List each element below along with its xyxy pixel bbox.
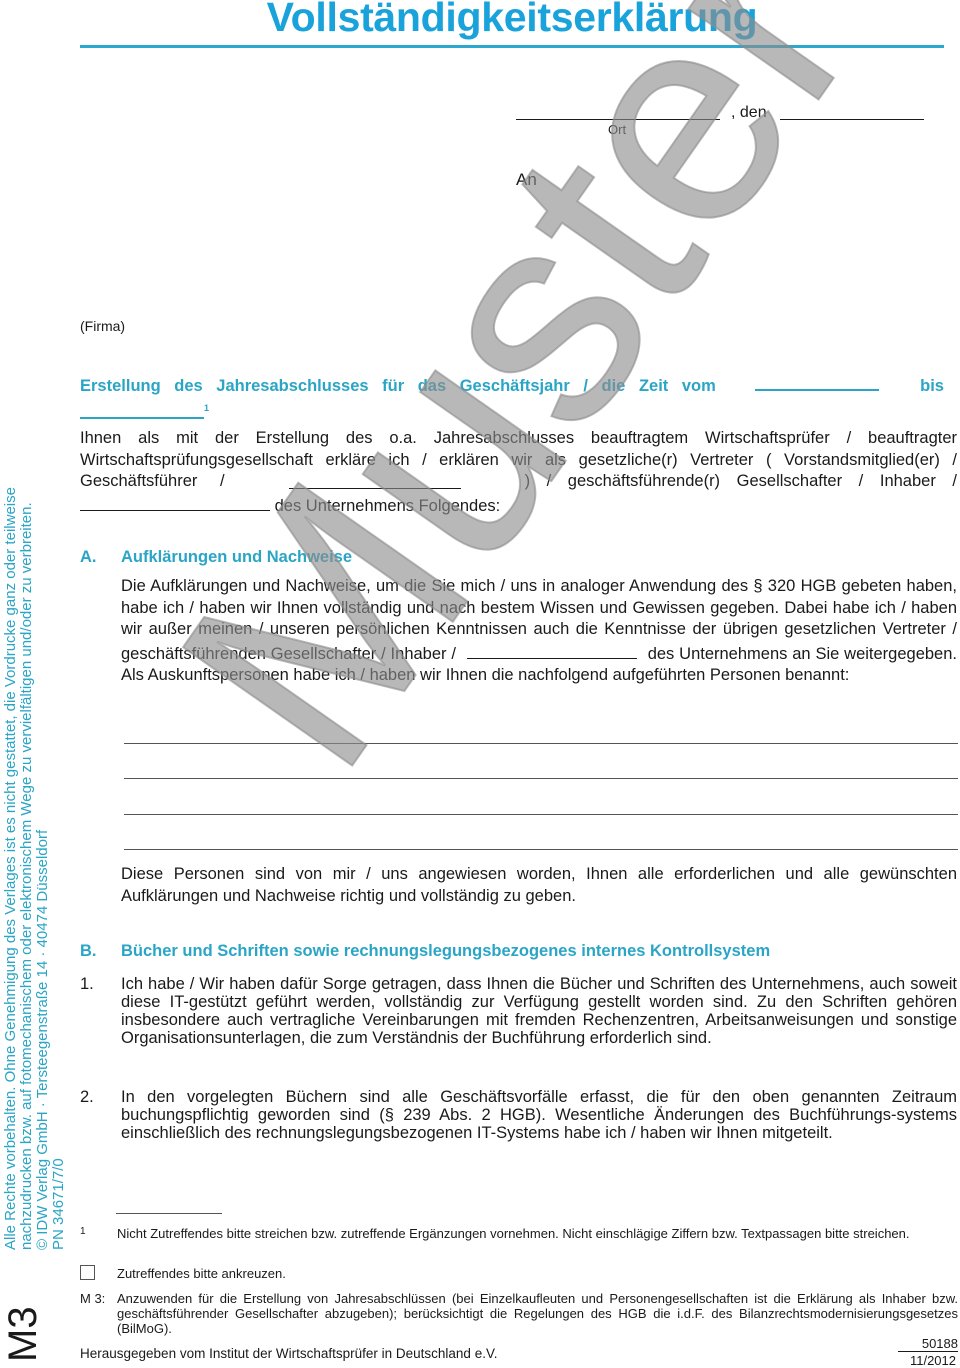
intro-line-3a: Geschäftsführer /: [80, 471, 225, 493]
m3-text: Anzuwenden für die Erstellung von Jahres…: [117, 1291, 958, 1336]
section-a-letter: A.: [80, 548, 97, 567]
document-title: Vollständigkeitserklärung: [80, 0, 944, 42]
form-date: 11/2012: [898, 1353, 956, 1368]
representative-field[interactable]: [289, 471, 461, 489]
form-code: M3: [3, 1306, 43, 1362]
m3-label: M 3:: [80, 1291, 105, 1306]
bis-label: bis: [920, 376, 944, 397]
intro-paragraph: Ihnen als mit der Erstellung des o.a. Ja…: [80, 428, 957, 517]
copyright-line-1: Alle Rechte vorbehalten. Ohne Genehmigun…: [3, 487, 19, 1250]
section-b-item-2-num: 2.: [80, 1088, 94, 1106]
subject-heading: Erstellung des Jahresabschlusses für das…: [80, 373, 944, 425]
copyright-line-2: nachzudrucken bzw. auf fotomechanischem …: [19, 487, 35, 1250]
publisher: Herausgegeben vom Institut der Wirtschaf…: [80, 1346, 497, 1361]
section-a-heading: Aufklärungen und Nachweise: [121, 548, 352, 567]
copyright-sidebar: Alle Rechte vorbehalten. Ohne Genehmigun…: [3, 487, 67, 1250]
person-line-3[interactable]: [124, 814, 958, 815]
other-role-field[interactable]: [467, 641, 637, 659]
person-line-4[interactable]: [124, 849, 958, 850]
section-a-paragraph: Die Aufklärungen und Nachweise, um die S…: [121, 576, 957, 687]
subject-text: Erstellung des Jahresabschlusses für das…: [80, 376, 716, 397]
section-b-item-2: In den vorgelegten Büchern sind alle Ges…: [121, 1088, 957, 1142]
intro-line-3b: ) / geschäftsführende(r) Gesellschafter …: [525, 471, 957, 493]
section-b-item-1: Ich habe / Wir haben dafür Sorge getrage…: [121, 975, 957, 1047]
section-a-closing: Diese Personen sind von mir / uns angewi…: [121, 864, 957, 907]
form-number: 50188: [898, 1336, 958, 1352]
date-field[interactable]: [780, 119, 924, 120]
ort-label: Ort: [608, 122, 626, 137]
intro-line-4: des Unternehmens Folgendes:: [275, 497, 501, 515]
footnote-ref: 1: [204, 403, 209, 413]
intro-line-1: Ihnen als mit der Erstellung des o.a. Ja…: [80, 428, 957, 450]
checkbox-legend-text: Zutreffendes bitte ankreuzen.: [117, 1266, 286, 1281]
section-b-item-1-num: 1.: [80, 975, 94, 993]
copyright-line-3: © IDW Verlag GmbH · Tersteegenstraße 14 …: [35, 487, 51, 1250]
an-label: An: [516, 170, 537, 190]
den-label: , den: [731, 104, 767, 122]
title-rule: [80, 45, 944, 48]
firma-label: (Firma): [80, 318, 125, 334]
role-field[interactable]: [80, 493, 270, 511]
section-b-letter: B.: [80, 942, 97, 961]
ort-field[interactable]: [516, 119, 720, 120]
footnote-1-num: 1: [80, 1226, 86, 1237]
section-b-heading: Bücher und Schriften sowie rechnungslegu…: [121, 942, 770, 961]
copyright-line-4: PN 34671/7/0: [51, 487, 67, 1250]
intro-line-2: Wirtschaftsprüfungsgesellschaft erkläre …: [80, 450, 957, 472]
person-line-2[interactable]: [124, 778, 958, 779]
footnote-1-text: Nicht Zutreffendes bitte streichen bzw. …: [117, 1226, 942, 1241]
period-to-field[interactable]: [80, 401, 204, 419]
period-from-field[interactable]: [755, 373, 879, 391]
person-line-1[interactable]: [124, 743, 958, 744]
footnote-separator: [116, 1213, 222, 1214]
checkbox-legend-icon: [80, 1265, 95, 1280]
